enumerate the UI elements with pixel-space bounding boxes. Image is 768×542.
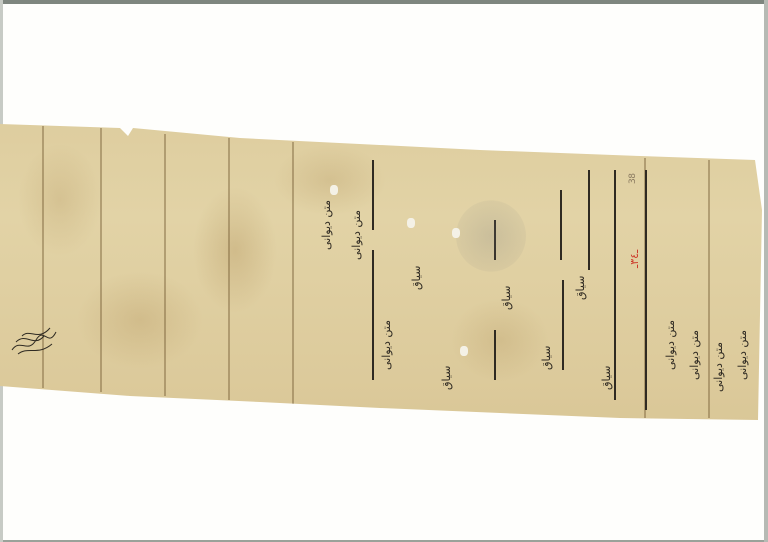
manuscript-line: سیاق bbox=[410, 266, 423, 290]
red-annotation: ـ٣٤ـ bbox=[628, 250, 641, 268]
ruled-line bbox=[560, 190, 562, 260]
scan-background: متن دیوانی متن دیوانی متن دیوانی متن دیو… bbox=[0, 0, 768, 542]
scan-right-edge bbox=[764, 0, 768, 542]
manuscript-line: متن دیوانی bbox=[736, 330, 749, 380]
folio-number: 38 bbox=[628, 174, 638, 184]
ruled-line bbox=[494, 330, 496, 380]
tughra-signature-icon bbox=[8, 320, 60, 360]
manuscript-line: متن دیوانی bbox=[712, 342, 725, 392]
fold-line bbox=[228, 138, 230, 400]
worm-hole bbox=[452, 228, 460, 238]
manuscript-line: سیاق bbox=[600, 366, 613, 390]
manuscript-line: متن دیوانی bbox=[664, 320, 677, 370]
ruled-line bbox=[614, 170, 616, 400]
manuscript-line: سیاق bbox=[540, 346, 553, 370]
fold-line bbox=[292, 142, 294, 404]
ruled-line bbox=[372, 160, 374, 230]
ruled-line bbox=[588, 170, 590, 270]
fold-line bbox=[708, 160, 710, 418]
manuscript-line: متن دیوانی bbox=[688, 330, 701, 380]
fold-line bbox=[164, 134, 166, 396]
fold-line bbox=[100, 128, 102, 392]
ruled-line bbox=[372, 250, 374, 380]
worm-hole bbox=[407, 218, 415, 228]
manuscript-strip bbox=[0, 0, 768, 542]
manuscript-line: سیاق bbox=[500, 286, 513, 310]
manuscript-line: متن دیوانی bbox=[380, 320, 393, 370]
manuscript-line: سیاق bbox=[440, 366, 453, 390]
ruled-line bbox=[645, 170, 647, 410]
worm-hole bbox=[460, 346, 468, 356]
manuscript-line: متن دیوانی bbox=[320, 200, 333, 250]
scan-top-edge bbox=[0, 0, 768, 4]
seal-impression bbox=[456, 200, 526, 272]
manuscript-line: سیاق bbox=[574, 276, 587, 300]
worm-hole bbox=[330, 185, 338, 195]
manuscript-line: متن دیوانی bbox=[350, 210, 363, 260]
ruled-line bbox=[562, 280, 564, 370]
